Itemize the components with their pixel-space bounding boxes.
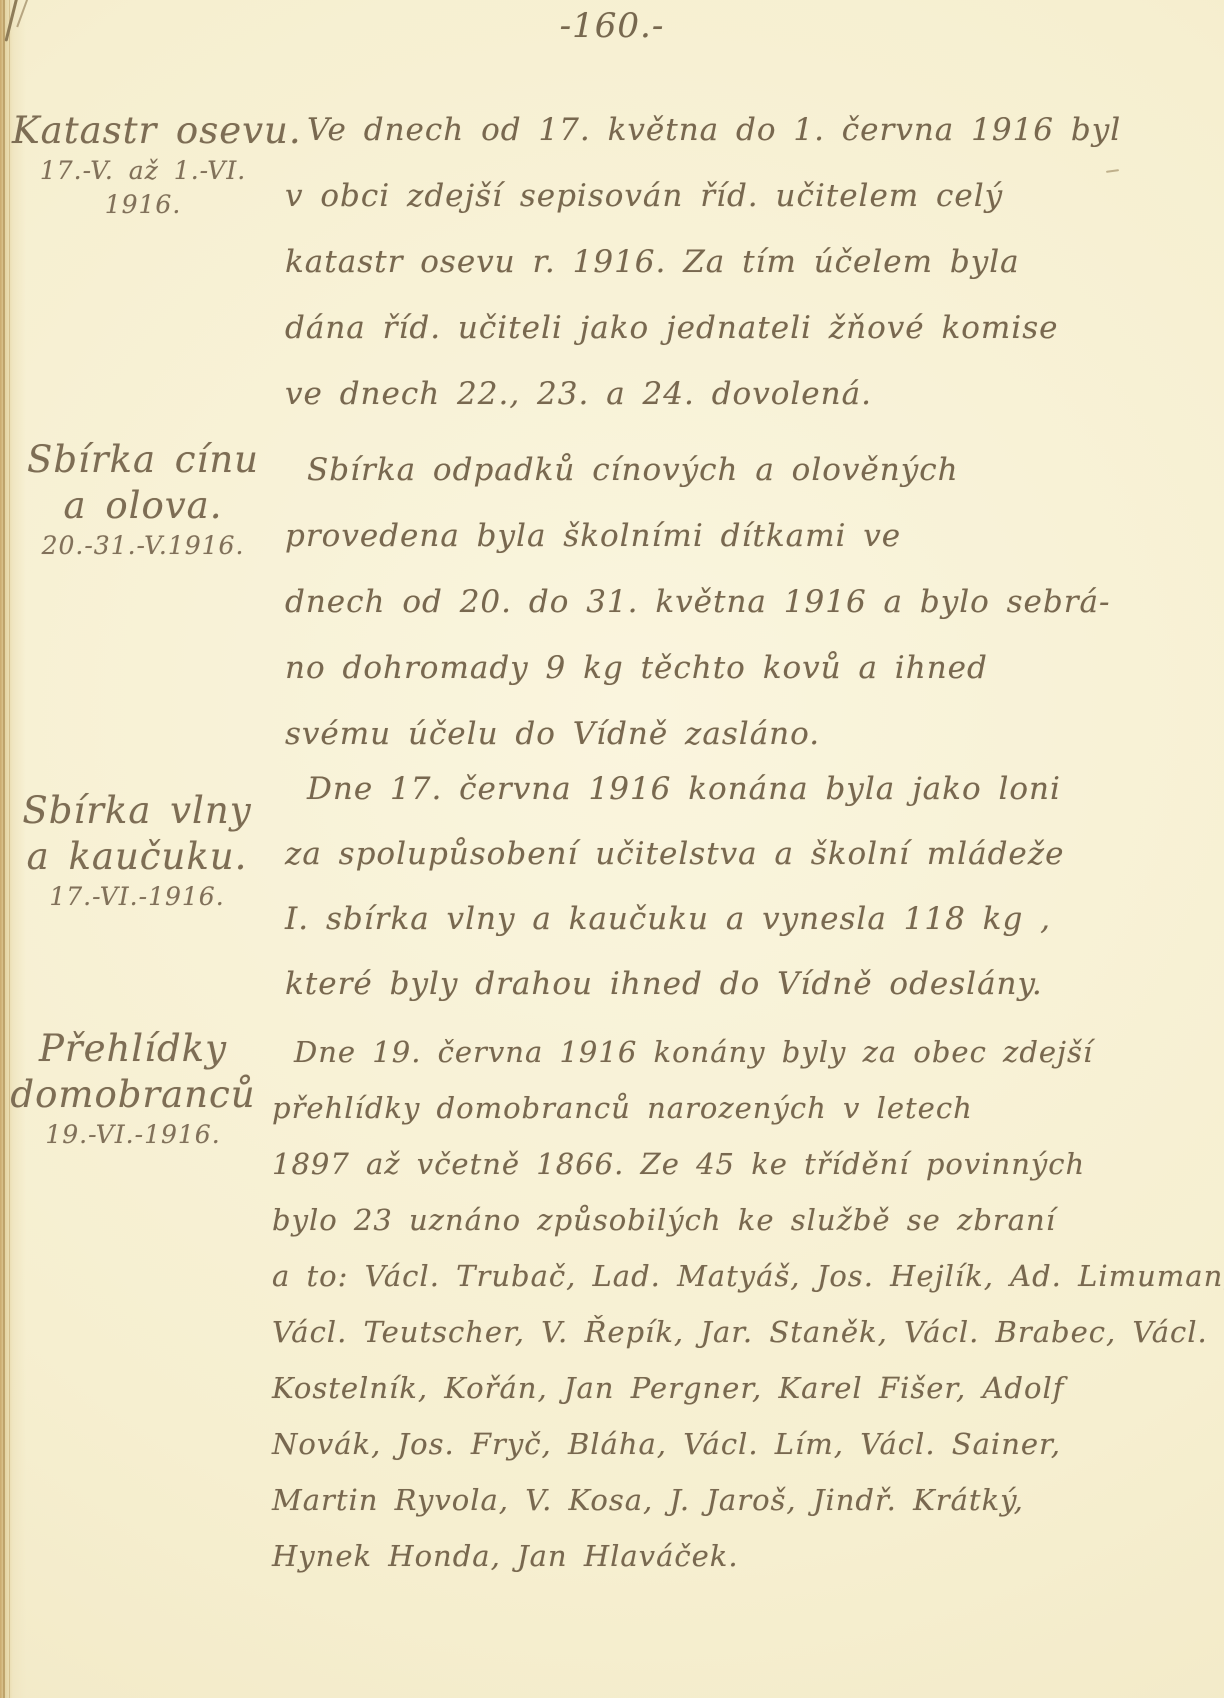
- entry-title: Sbírka cínu: [12, 437, 274, 483]
- handwriting-line: Dne 19. června 1916 konány byly za obec …: [272, 1024, 1202, 1080]
- binding-line: [3, 0, 5, 1698]
- handwriting-line: Martin Ryvola, V. Kosa, J. Jaroš, Jindř.…: [272, 1472, 1202, 1528]
- handwriting-line: Sbírka odpadků cínových a olověných: [285, 437, 1215, 503]
- handwriting-line: Václ. Teutscher, V. Řepík, Jar. Staněk, …: [272, 1304, 1202, 1360]
- entry-title: a olova.: [12, 483, 274, 529]
- page-number: -160.-: [0, 6, 1224, 46]
- handwriting-line: v obci zdejší sepisován říd. učitelem ce…: [285, 163, 1215, 229]
- handwriting-line: Hynek Honda, Jan Hlaváček.: [272, 1528, 1202, 1584]
- entry-title: a kaučuku.: [6, 834, 268, 880]
- handwriting-line: dána říd. učiteli jako jednateli žňové k…: [285, 295, 1215, 361]
- entry-title: Sbírka vlny: [6, 788, 268, 834]
- entry-title: Katastr osevu.: [12, 108, 274, 154]
- entry-title: Přehlídky: [2, 1026, 264, 1072]
- handwriting-line: katastr osevu r. 1916. Za tím účelem byl…: [285, 229, 1215, 295]
- handwriting-line: za spolupůsobení učitelstva a školní mlá…: [285, 822, 1215, 887]
- handwriting-line: dnech od 20. do 31. května 1916 a bylo s…: [285, 569, 1215, 635]
- entry-body-sbirka-vlny: Dne 17. června 1916 konána byla jako lon…: [285, 757, 1215, 1017]
- handwriting-line: Ve dnech od 17. května do 1. června 1916…: [285, 97, 1215, 163]
- entry-date: 17.-V. až 1.-VI.: [12, 154, 274, 188]
- handwriting-line: které byly drahou ihned do Vídně odeslán…: [285, 952, 1215, 1017]
- handwriting-line: bylo 23 uznáno způsobilých ke službě se …: [272, 1192, 1202, 1248]
- entry-heading-prehlidky-domobrancu: Přehlídky domobranců 19.-VI.-1916.: [2, 1026, 264, 1152]
- handwriting-line: Novák, Jos. Fryč, Bláha, Václ. Lím, Václ…: [272, 1416, 1202, 1472]
- entry-heading-sbirka-vlny: Sbírka vlny a kaučuku. 17.-VI.-1916.: [6, 788, 268, 914]
- handwriting-line: přehlídky domobranců narozených v letech: [272, 1080, 1202, 1136]
- handwriting-line: Dne 17. června 1916 konána byla jako lon…: [285, 757, 1215, 822]
- entry-body-sbirka-cinu: Sbírka odpadků cínových a olověných prov…: [285, 437, 1215, 767]
- entry-date: 1916.: [12, 188, 274, 222]
- entry-heading-katastr-osevu: Katastr osevu. 17.-V. až 1.-VI. 1916.: [12, 108, 274, 222]
- handwriting-line: ve dnech 22., 23. a 24. dovolená.: [285, 361, 1215, 427]
- entry-body-prehlidky-domobrancu: Dne 19. června 1916 konány byly za obec …: [272, 1024, 1202, 1584]
- handwriting-line: Kostelník, Kořán, Jan Pergner, Karel Fiš…: [272, 1360, 1202, 1416]
- chronicle-page: { "page_number": "-160.-", "colors": { "…: [0, 0, 1224, 1698]
- entry-date: 19.-VI.-1916.: [2, 1118, 264, 1152]
- handwriting-line: 1897 až včetně 1866. Ze 45 ke třídění po…: [272, 1136, 1202, 1192]
- handwriting-line: provedena byla školními dítkami ve: [285, 503, 1215, 569]
- entry-heading-sbirka-cinu: Sbírka cínu a olova. 20.-31.-V.1916.: [12, 437, 274, 563]
- handwriting-line: I. sbírka vlny a kaučuku a vynesla 118 k…: [285, 887, 1215, 952]
- handwriting-line: a to: Václ. Trubač, Lad. Matyáš, Jos. He…: [272, 1248, 1202, 1304]
- handwriting-line: no dohromady 9 kg těchto kovů a ihned: [285, 635, 1215, 701]
- entry-date: 17.-VI.-1916.: [6, 880, 268, 914]
- entry-title: domobranců: [2, 1072, 264, 1118]
- entry-body-katastr-osevu: Ve dnech od 17. května do 1. června 1916…: [285, 97, 1215, 427]
- entry-date: 20.-31.-V.1916.: [12, 529, 274, 563]
